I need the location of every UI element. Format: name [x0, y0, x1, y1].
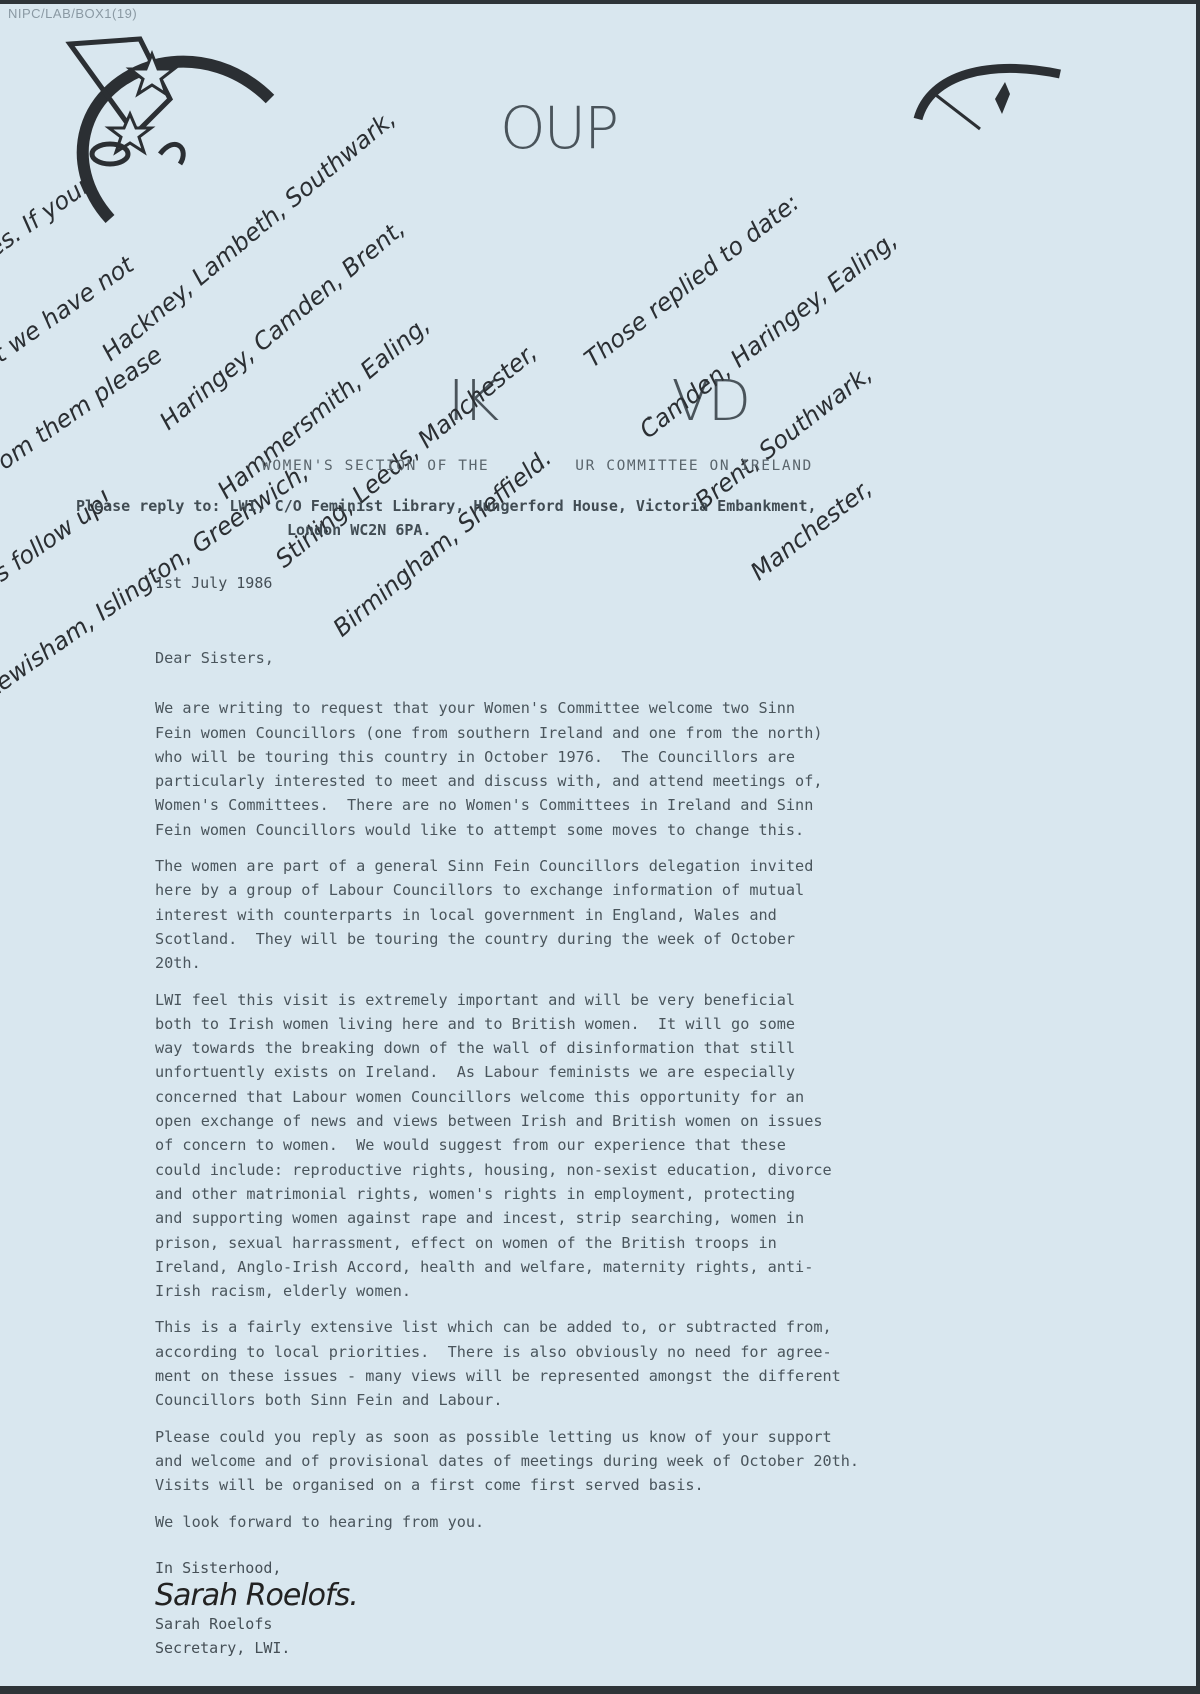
scanned-letter-page: NIPC/LAB/BOX1(19) OUP IK . VD This lette… — [0, 4, 1196, 1686]
paragraph: The women are part of a general Sinn Fei… — [155, 854, 1105, 975]
letter-body: Dear Sisters, We are writing to request … — [155, 646, 1105, 1546]
paragraph: This is a fairly extensive list which ca… — [155, 1315, 1105, 1412]
reply-address: Please reply to: LWI, C/O Feminist Libra… — [76, 494, 817, 542]
organisation-line: WOMEN'S SECTION OF THEUR COMMITTEE ON IR… — [262, 458, 813, 474]
paragraph: We are writing to request that your Wome… — [155, 696, 1105, 842]
letter-date: 1st July 1986 — [155, 574, 272, 592]
letter-closing: In Sisterhood, Sarah Roelofs. Sarah Roel… — [155, 1556, 358, 1660]
hammer-arc-emblem-icon — [910, 54, 1070, 134]
letterhead-logo-fragment: OUP — [500, 94, 617, 162]
salutation: Dear Sisters, — [155, 646, 1105, 670]
signatory-name: Sarah Roelofs — [155, 1612, 358, 1636]
signatory-title: Secretary, LWI. — [155, 1636, 358, 1660]
paragraph: Please could you reply as soon as possib… — [155, 1425, 1105, 1498]
paragraph: LWI feel this visit is extremely importa… — [155, 988, 1105, 1304]
closing-phrase: In Sisterhood, — [155, 1556, 358, 1580]
archive-reference: NIPC/LAB/BOX1(19) — [8, 6, 137, 21]
paragraph: We look forward to hearing from you. — [155, 1510, 1105, 1534]
handwritten-note-right: Those replied to date: Camden, Haringey,… — [541, 107, 1051, 634]
handwritten-signature: Sarah Roelofs. — [155, 1580, 358, 1612]
